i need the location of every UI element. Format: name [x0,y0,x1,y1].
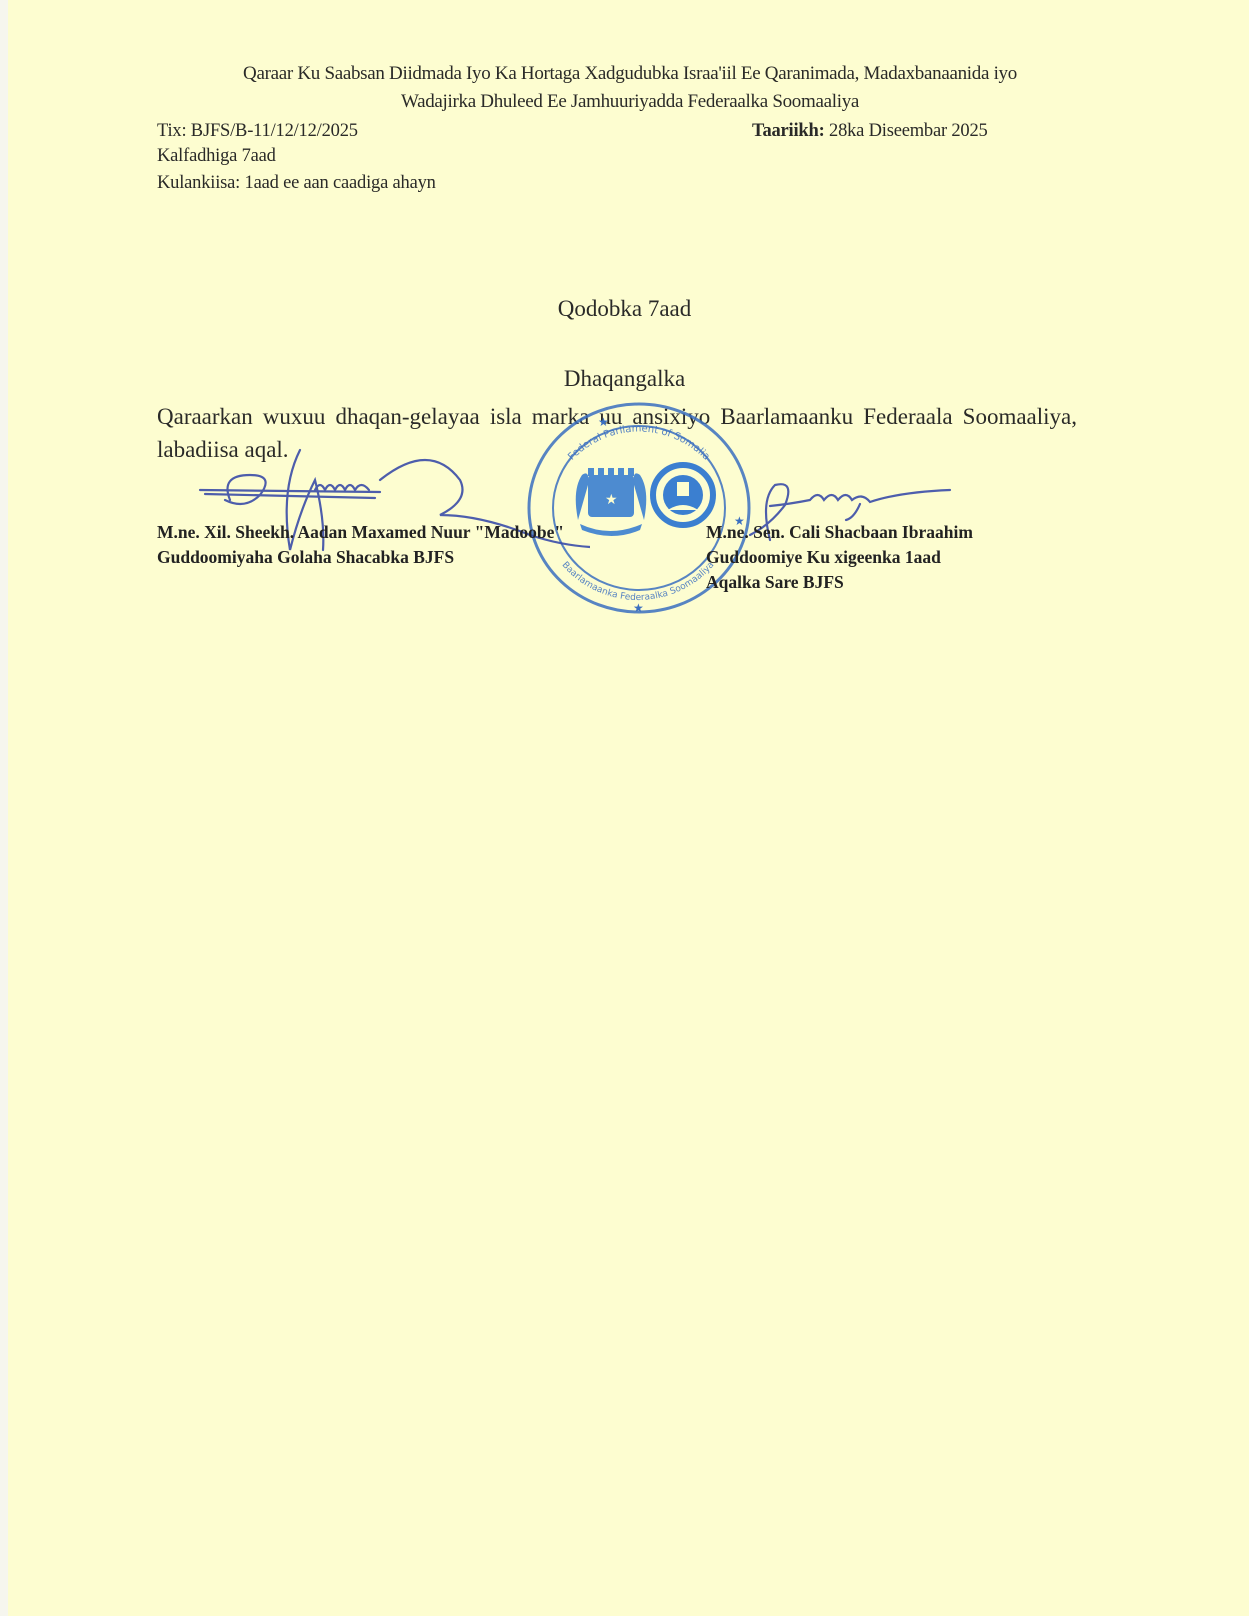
document-title: Qaraar Ku Saabsan Diidmada Iyo Ka Hortag… [140,60,1120,116]
reference-number: Tix: BJFS/B-11/12/12/2025 [157,121,358,142]
date-label: Taariikh: [752,121,825,141]
scan-edge [0,0,8,1616]
meeting-label: Kulankiisa: 1aad ee aan caadiga ahayn [157,173,436,194]
date-value: 28ka Diseembar 2025 [829,121,988,141]
signatory-title: Guddoomiye Ku xigeenka 1aad [706,545,973,570]
svg-text:★: ★ [598,415,609,429]
section-title: Dhaqangalka [0,366,1249,392]
svg-text:★: ★ [605,493,618,508]
signatory-speaker: M.ne. Xil. Sheekh. Aadan Maxamed Nuur "M… [157,520,564,570]
session-label: Kalfadhiga 7aad [157,146,276,167]
title-line-1: Qaraar Ku Saabsan Diidmada Iyo Ka Hortag… [140,60,1120,88]
svg-text:★: ★ [633,601,644,615]
signatory-name: M.ne. Sen. Cali Shacbaan Ibraahim [706,520,973,545]
document-date: Taariikh: 28ka Diseembar 2025 [752,121,988,142]
signatory-chamber: Aqalka Sare BJFS [706,570,973,595]
signatory-title: Guddoomiyaha Golaha Shacabka BJFS [157,545,564,570]
round-seal-icon [653,465,713,525]
article-title: Qodobka 7aad [0,296,1249,322]
title-line-2: Wadajirka Dhuleed Ee Jamhuuriyadda Feder… [140,88,1120,116]
signatory-name: M.ne. Xil. Sheekh. Aadan Maxamed Nuur "M… [157,520,564,545]
signatory-deputy-speaker: M.ne. Sen. Cali Shacbaan Ibraahim Guddoo… [706,520,973,595]
